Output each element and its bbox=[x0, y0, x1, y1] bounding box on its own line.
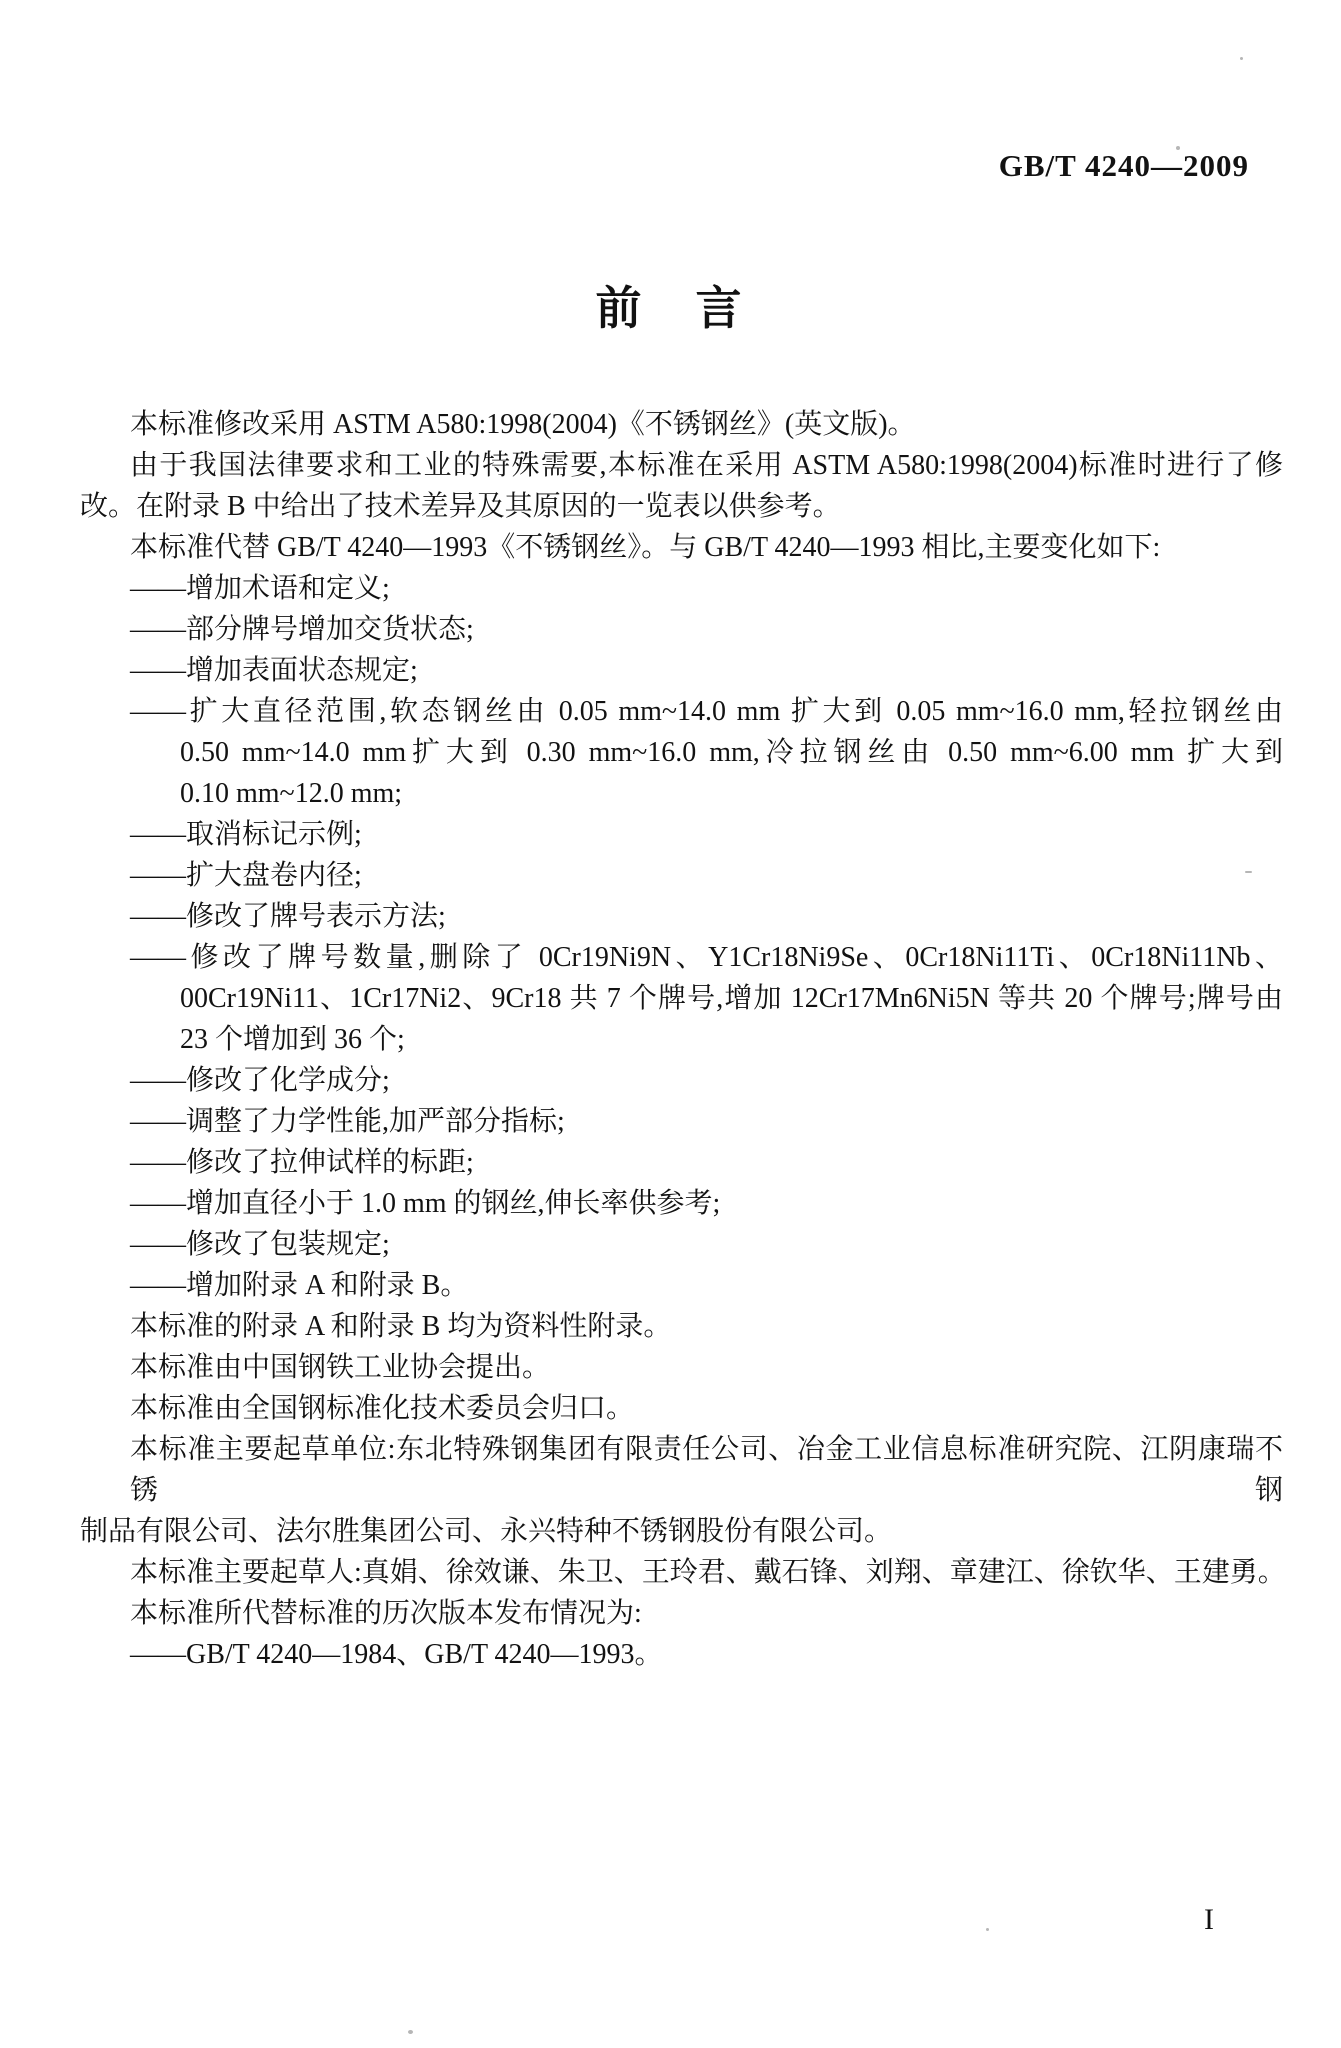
page-number: I bbox=[1204, 1903, 1215, 1937]
text-line: 本标准所代替标准的历次版本发布情况为: bbox=[80, 1593, 1283, 1634]
list-item-continuation: 23 个增加到 36 个; bbox=[80, 1019, 1283, 1060]
list-item: ——增加术语和定义; bbox=[80, 568, 1283, 609]
text-line: 本标准主要起草单位:东北特殊钢集团有限责任公司、冶金工业信息标准研究院、江阴康瑞… bbox=[80, 1429, 1283, 1511]
text-line: 本标准的附录 A 和附录 B 均为资料性附录。 bbox=[80, 1306, 1283, 1347]
list-item: ——部分牌号增加交货状态; bbox=[80, 609, 1283, 650]
list-item: ——GB/T 4240—1984、GB/T 4240—1993。 bbox=[80, 1634, 1283, 1675]
page-title: 前 言 bbox=[0, 272, 1341, 338]
text-line: 本标准修改采用 ASTM A580:1998(2004)《不锈钢丝》(英文版)。 bbox=[80, 404, 1283, 445]
list-item: ——增加附录 A 和附录 B。 bbox=[80, 1265, 1283, 1306]
list-item: ——修改了包装规定; bbox=[80, 1224, 1283, 1265]
text-line: 制品有限公司、法尔胜集团公司、永兴特种不锈钢股份有限公司。 bbox=[80, 1511, 1283, 1552]
list-item: ——修改了拉伸试样的标距; bbox=[80, 1142, 1283, 1183]
list-item: ——增加直径小于 1.0 mm 的钢丝,伸长率供参考; bbox=[80, 1183, 1283, 1224]
list-item: ——修改了化学成分; bbox=[80, 1060, 1283, 1101]
list-item-continuation: 0.50 mm~14.0 mm扩大到 0.30 mm~16.0 mm,冷拉钢丝由… bbox=[80, 732, 1283, 773]
text-line: 由于我国法律要求和工业的特殊需要,本标准在采用 ASTM A580:1998(2… bbox=[80, 445, 1283, 486]
list-item: ——修改了牌号数量,删除了 0Cr19Ni9N、Y1Cr18Ni9Se、0Cr1… bbox=[80, 937, 1283, 978]
list-item: ——扩大盘卷内径; bbox=[80, 855, 1283, 896]
foreword-body: 本标准修改采用 ASTM A580:1998(2004)《不锈钢丝》(英文版)。… bbox=[80, 404, 1283, 1675]
text-line: 本标准由全国钢标准化技术委员会归口。 bbox=[80, 1388, 1283, 1429]
text-line: 改。在附录 B 中给出了技术差异及其原因的一览表以供参考。 bbox=[80, 486, 1283, 527]
scan-speck bbox=[408, 2030, 413, 2034]
scan-speck bbox=[986, 1928, 989, 1931]
list-item: ——修改了牌号表示方法; bbox=[80, 896, 1283, 937]
text-line: 本标准代替 GB/T 4240—1993《不锈钢丝》。与 GB/T 4240—1… bbox=[80, 527, 1283, 568]
scan-speck bbox=[1176, 146, 1180, 150]
list-item: ——增加表面状态规定; bbox=[80, 650, 1283, 691]
list-item-continuation: 0.10 mm~12.0 mm; bbox=[80, 773, 1283, 814]
document-page: GB/T 4240—2009 前 言 本标准修改采用 ASTM A580:199… bbox=[0, 0, 1341, 2048]
list-item-continuation: 00Cr19Ni11、1Cr17Ni2、9Cr18 共 7 个牌号,增加 12C… bbox=[80, 978, 1283, 1019]
text-line: 本标准由中国钢铁工业协会提出。 bbox=[80, 1347, 1283, 1388]
list-item: ——取消标记示例; bbox=[80, 814, 1283, 855]
scan-speck bbox=[1245, 871, 1252, 873]
list-item: ——调整了力学性能,加严部分指标; bbox=[80, 1101, 1283, 1142]
scan-speck bbox=[1240, 57, 1243, 60]
standard-number-header: GB/T 4240—2009 bbox=[999, 148, 1249, 184]
list-item: ——扩大直径范围,软态钢丝由 0.05 mm~14.0 mm 扩大到 0.05 … bbox=[80, 691, 1283, 732]
text-line: 本标准主要起草人:真娟、徐效谦、朱卫、王玲君、戴石锋、刘翔、章建江、徐钦华、王建… bbox=[80, 1552, 1283, 1593]
